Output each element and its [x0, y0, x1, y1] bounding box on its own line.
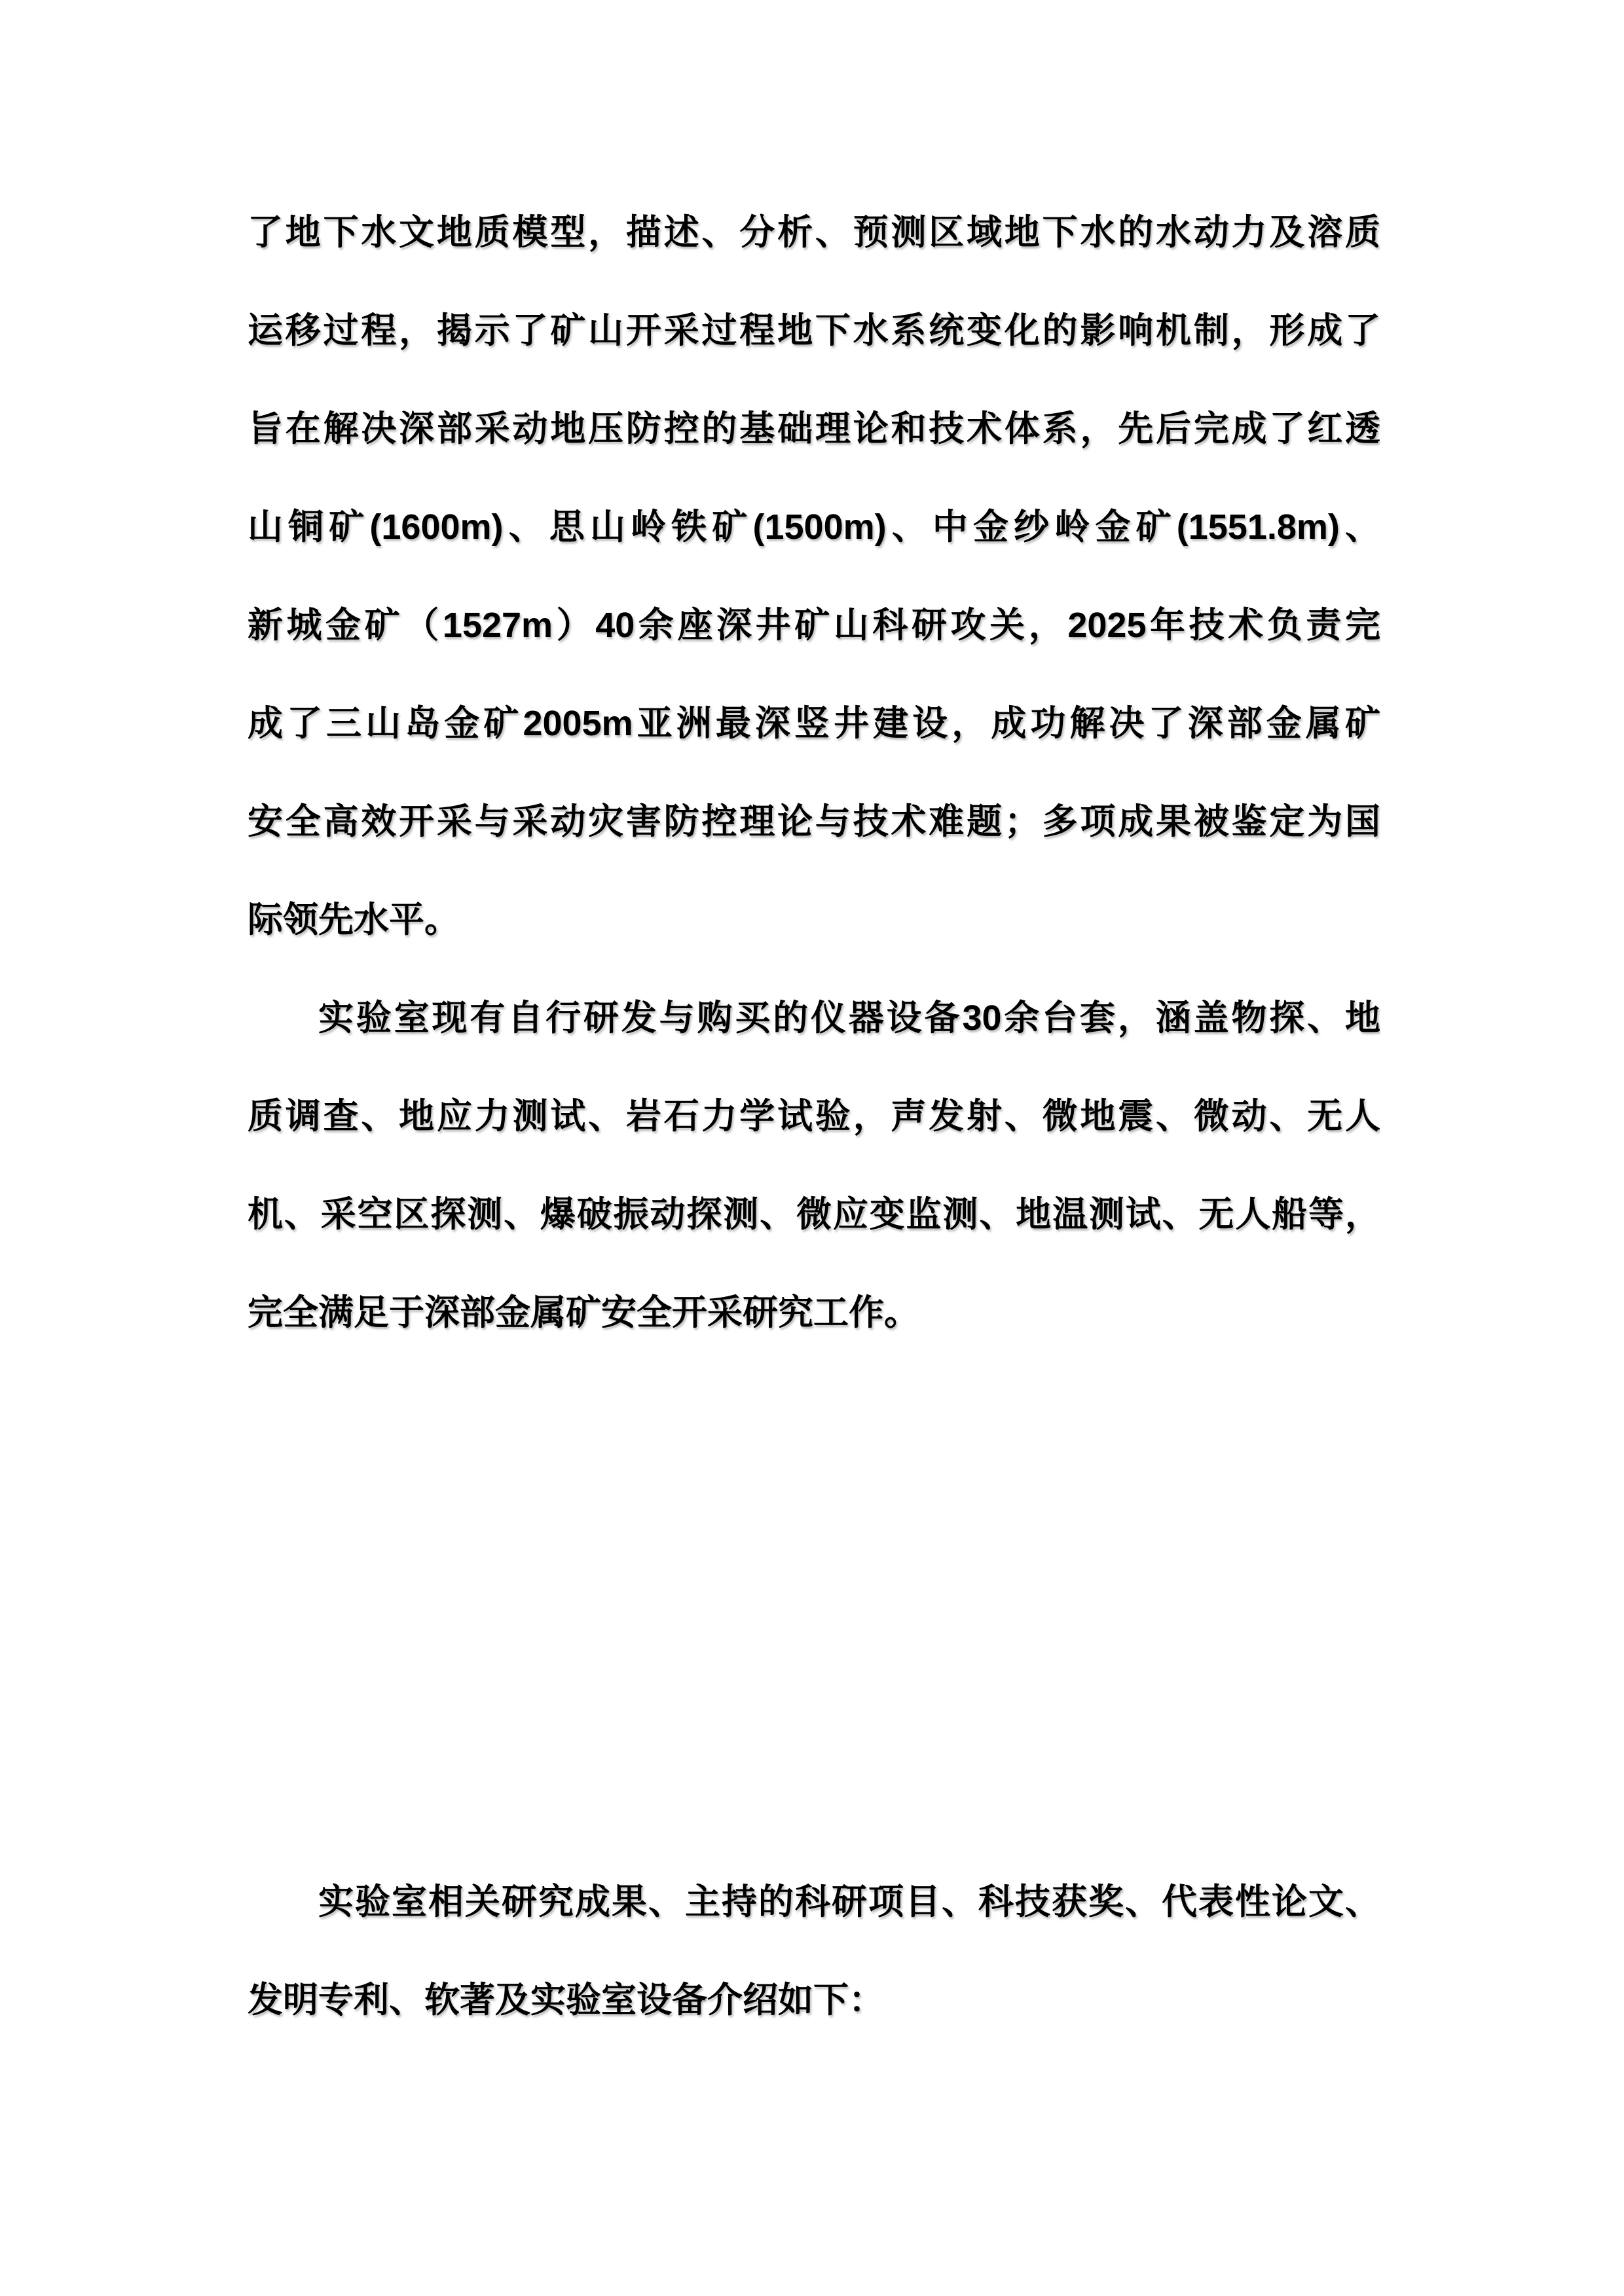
- para1-line-4: 山铜矿(1600m)、思山岭铁矿(1500m)、中金纱岭金矿(1551.8m)、: [248, 478, 1380, 576]
- para1-line-7: 安全高效开采与采动灾害防控理论与技术难题；多项成果被鉴定为国: [248, 773, 1380, 871]
- para1-line-6: 成了三山岛金矿2005m亚洲最深竖井建设，成功解决了深部金属矿: [248, 674, 1380, 773]
- para2-line-1: 实验室现有自行研发与购买的仪器设备30余台套，涵盖物探、地: [248, 969, 1380, 1067]
- para1-line-2: 运移过程，揭示了矿山开采过程地下水系统变化的影响机制，形成了: [248, 282, 1380, 380]
- para3-line-2: 发明专利、软著及实验室设备介绍如下：: [248, 1951, 1380, 2049]
- para2-line-2: 质调查、地应力测试、岩石力学试验，声发射、微地震、微动、无人: [248, 1067, 1380, 1165]
- para1-line-5: 新城金矿（1527m）40余座深井矿山科研攻关，2025年技术负责完: [248, 576, 1380, 674]
- para2-line-3: 机、采空区探测、爆破振动探测、微应变监测、地温测试、无人船等，: [248, 1165, 1380, 1264]
- para1-line-3: 旨在解决深部采动地压防控的基础理论和技术体系，先后完成了红透: [248, 380, 1380, 478]
- para1-line-1: 了地下水文地质模型，描述、分析、预测区域地下水的水动力及溶质: [248, 183, 1380, 282]
- blank-lines-gap: [248, 1362, 1380, 1853]
- para3-line-1: 实验室相关研究成果、主持的科研项目、科技获奖、代表性论文、: [248, 1853, 1380, 1951]
- para2-line-4: 完全满足于深部金属矿安全开采研究工作。: [248, 1264, 1380, 1362]
- document-page: 了地下水文地质模型，描述、分析、预测区域地下水的水动力及溶质 运移过程，揭示了矿…: [0, 0, 1624, 2296]
- para1-line-8: 际领先水平。: [248, 871, 1380, 969]
- text-block: 了地下水文地质模型，描述、分析、预测区域地下水的水动力及溶质 运移过程，揭示了矿…: [248, 183, 1380, 2049]
